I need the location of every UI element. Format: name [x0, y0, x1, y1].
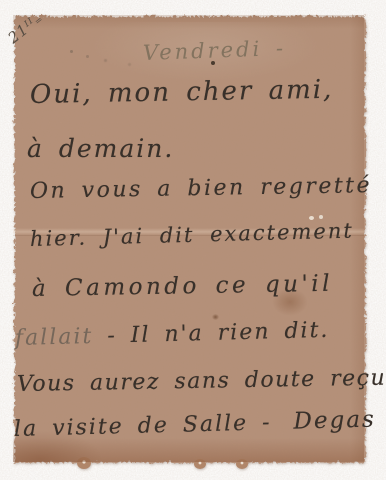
- letter-card: [0, 0, 386, 480]
- paper-texture: [21, 23, 356, 453]
- letter-photograph: 21ᴵᴵ₌ Vendredi - Oui, mon cher ami, à de…: [0, 0, 386, 480]
